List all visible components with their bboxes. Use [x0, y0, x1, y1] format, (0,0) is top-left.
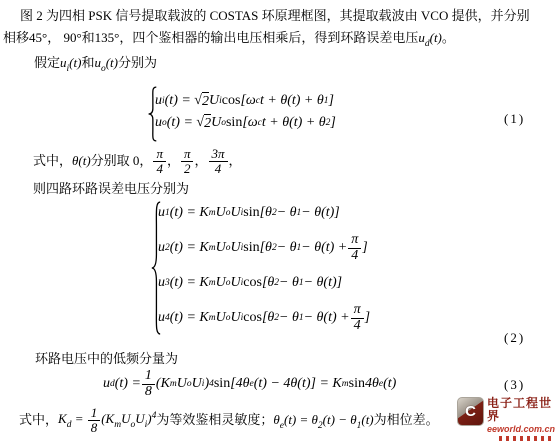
watermark-footnote-marks-icon — [499, 436, 555, 441]
document-page: 图 2 为四相 PSK 信号提取载波的 COSTAS 环原理框图，其提取载波由 … — [0, 0, 555, 443]
eeworld-logo-letter: C — [465, 403, 476, 420]
paragraph-1-line-1: 图 2 为四相 PSK 信号提取载波的 COSTAS 环原理框图，其提取载波由 … — [20, 8, 530, 24]
paragraph-6: 式中， Kd = 18(KmUoUi)4为等效鉴相灵敏度； θe(t) = θ2… — [19, 401, 439, 439]
paragraph-1-line-2: 相移45°， 90°和135°，四个鉴相器的输出电压相乘后，得到环路误差电压ud… — [3, 30, 455, 46]
equation-3: ud(t) = 18(KmUoUi)4 sin[4θe(t) − 4θ(t)] … — [103, 366, 396, 402]
equation-1-line-1: ui(t) = √2Ui cos[ωct + θ(t) + θ1] — [155, 90, 336, 112]
watermark: C 电子工程世界 eeworld.com.cn — [457, 397, 555, 441]
equation-2-line-4: u4(t) = KmUoUi cos[θ2 − θ1 − θ(t) + π4] — [158, 296, 370, 340]
equation-2-line-1: u1(t) = KmUoUi sin[θ2 − θ1 − θ(t)] — [158, 200, 370, 226]
paragraph-2: 假定ui(t)和uo(t)分别为 — [34, 55, 157, 71]
paragraph-5: 环路电压中的低频分量为 — [35, 351, 178, 367]
equation-2-line-3: u3(t) = KmUoUi cos[θ2 − θ1 − θ(t)] — [158, 270, 370, 296]
watermark-text: 电子工程世界 eeworld.com.cn — [487, 397, 555, 441]
watermark-site-url: eeworld.com.cn — [487, 424, 555, 434]
equation-2: u1(t) = KmUoUi sin[θ2 − θ1 − θ(t)] u2(t)… — [149, 200, 549, 340]
equation-1-number: (1) — [504, 111, 525, 127]
paragraph-4: 则四路环路误差电压分别为 — [33, 181, 189, 197]
equation-2-line-2: u2(t) = KmUoUi sin[θ2 − θ1 − θ(t) + π4] — [158, 226, 370, 270]
watermark-site-name: 电子工程世界 — [487, 397, 555, 423]
equation-3-number: (3) — [504, 377, 525, 393]
equation-1-line-2: uo(t) = √2Uo sin[ωct + θ(t) + θ2] — [155, 112, 336, 134]
eeworld-logo-icon: C — [457, 397, 484, 426]
equation-1: ui(t) = √2Ui cos[ωct + θ(t) + θ1] uo(t) … — [146, 86, 546, 142]
paragraph-3: 式中， θ(t) 分别取 0， π4， π2， 3π4， — [33, 144, 242, 178]
equation-2-number: (2) — [504, 330, 525, 346]
